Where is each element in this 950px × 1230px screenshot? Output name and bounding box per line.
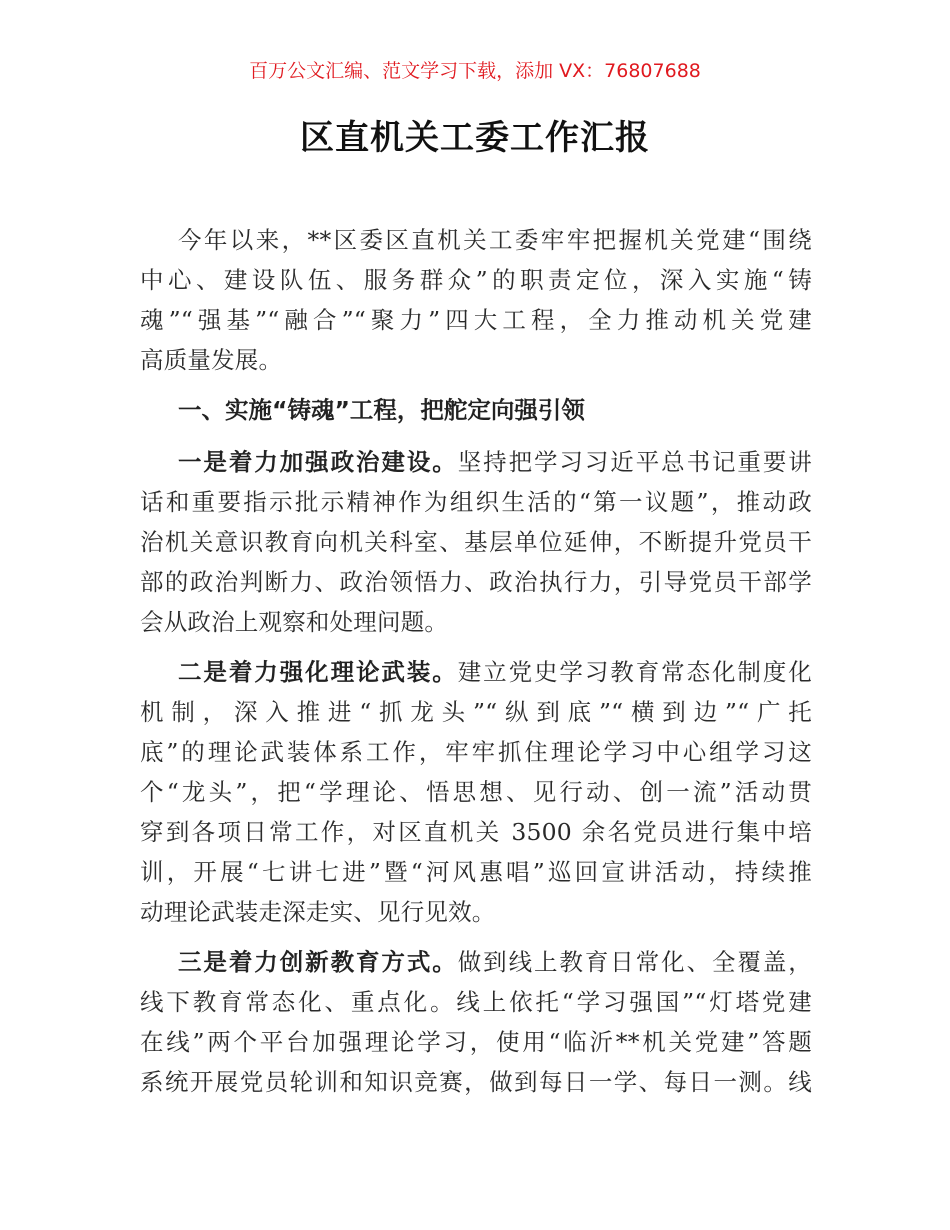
text-line: 系统开展党员轮训和知识竞赛，做到每日一学、每日一测。线: [140, 1062, 812, 1102]
item-lead: 一是着力加强政治建设。: [178, 448, 458, 476]
item-paragraph-1: 一是着力加强政治建设。坚持把学习习近平总书记重要讲 话和重要指示批示精神作为组织…: [140, 442, 812, 642]
watermark-banner: 百万公文汇编、范文学习下载，添加 VX：76807688: [0, 56, 950, 83]
text-line: 底”的理论武装体系工作，牢牢抓住理论学习中心组学习这: [140, 732, 812, 772]
page-title: 区直机关工委工作汇报: [0, 110, 950, 159]
text-line: 中心、建设队伍、服务群众”的职责定位，深入实施“铸: [140, 260, 812, 300]
intro-paragraph: 今年以来，**区委区直机关工委牢牢把握机关党建“围绕 中心、建设队伍、服务群众”…: [140, 220, 812, 380]
text-line: 一是着力加强政治建设。坚持把学习习近平总书记重要讲: [140, 442, 812, 482]
document-body: 今年以来，**区委区直机关工委牢牢把握机关党建“围绕 中心、建设队伍、服务群众”…: [140, 220, 812, 1112]
text-line: 动理论武装走深走实、见行见效。: [140, 892, 812, 932]
item-lead: 三是着力创新教育方式。: [178, 948, 458, 976]
item-paragraph-2: 二是着力强化理论武装。建立党史学习教育常态化制度化 机制，深入推进“抓龙头”“纵…: [140, 652, 812, 932]
item-text: 坚持把学习习近平总书记重要讲: [458, 448, 812, 476]
text-line: 穿到各项日常工作，对区直机关 3500 余名党员进行集中培: [140, 812, 812, 852]
item-text: 建立党史学习教育常态化制度化: [458, 658, 812, 686]
text-line: 二是着力强化理论武装。建立党史学习教育常态化制度化: [140, 652, 812, 692]
text-line: 线下教育常态化、重点化。线上依托“学习强国”“灯塔党建: [140, 982, 812, 1022]
text-line: 会从政治上观察和处理问题。: [140, 602, 812, 642]
text-line: 训，开展“七讲七进”暨“河风惠唱”巡回宣讲活动，持续推: [140, 852, 812, 892]
text-line: 在线”两个平台加强理论学习，使用“临沂**机关党建”答题: [140, 1022, 812, 1062]
text-line: 部的政治判断力、政治领悟力、政治执行力，引导党员干部学: [140, 562, 812, 602]
text-line: 个“龙头”，把“学理论、悟思想、见行动、创一流”活动贯: [140, 772, 812, 812]
text-line: 三是着力创新教育方式。做到线上教育日常化、全覆盖，: [140, 942, 812, 982]
item-paragraph-3: 三是着力创新教育方式。做到线上教育日常化、全覆盖， 线下教育常态化、重点化。线上…: [140, 942, 812, 1102]
text-line: 魂”“强基”“融合”“聚力”四大工程，全力推动机关党建: [140, 300, 812, 340]
item-text: 做到线上教育日常化、全覆盖，: [458, 948, 812, 976]
item-lead: 二是着力强化理论武装。: [178, 658, 458, 686]
text-line: 高质量发展。: [140, 340, 812, 380]
section-heading: 一、实施“铸魂”工程，把舵定向强引领: [140, 390, 812, 430]
text-line: 话和重要指示批示精神作为组织生活的“第一议题”，推动政: [140, 482, 812, 522]
text-line: 治机关意识教育向机关科室、基层单位延伸，不断提升党员干: [140, 522, 812, 562]
text-line: 机制，深入推进“抓龙头”“纵到底”“横到边”“广托: [140, 692, 812, 732]
text-line: 今年以来，**区委区直机关工委牢牢把握机关党建“围绕: [140, 220, 812, 260]
